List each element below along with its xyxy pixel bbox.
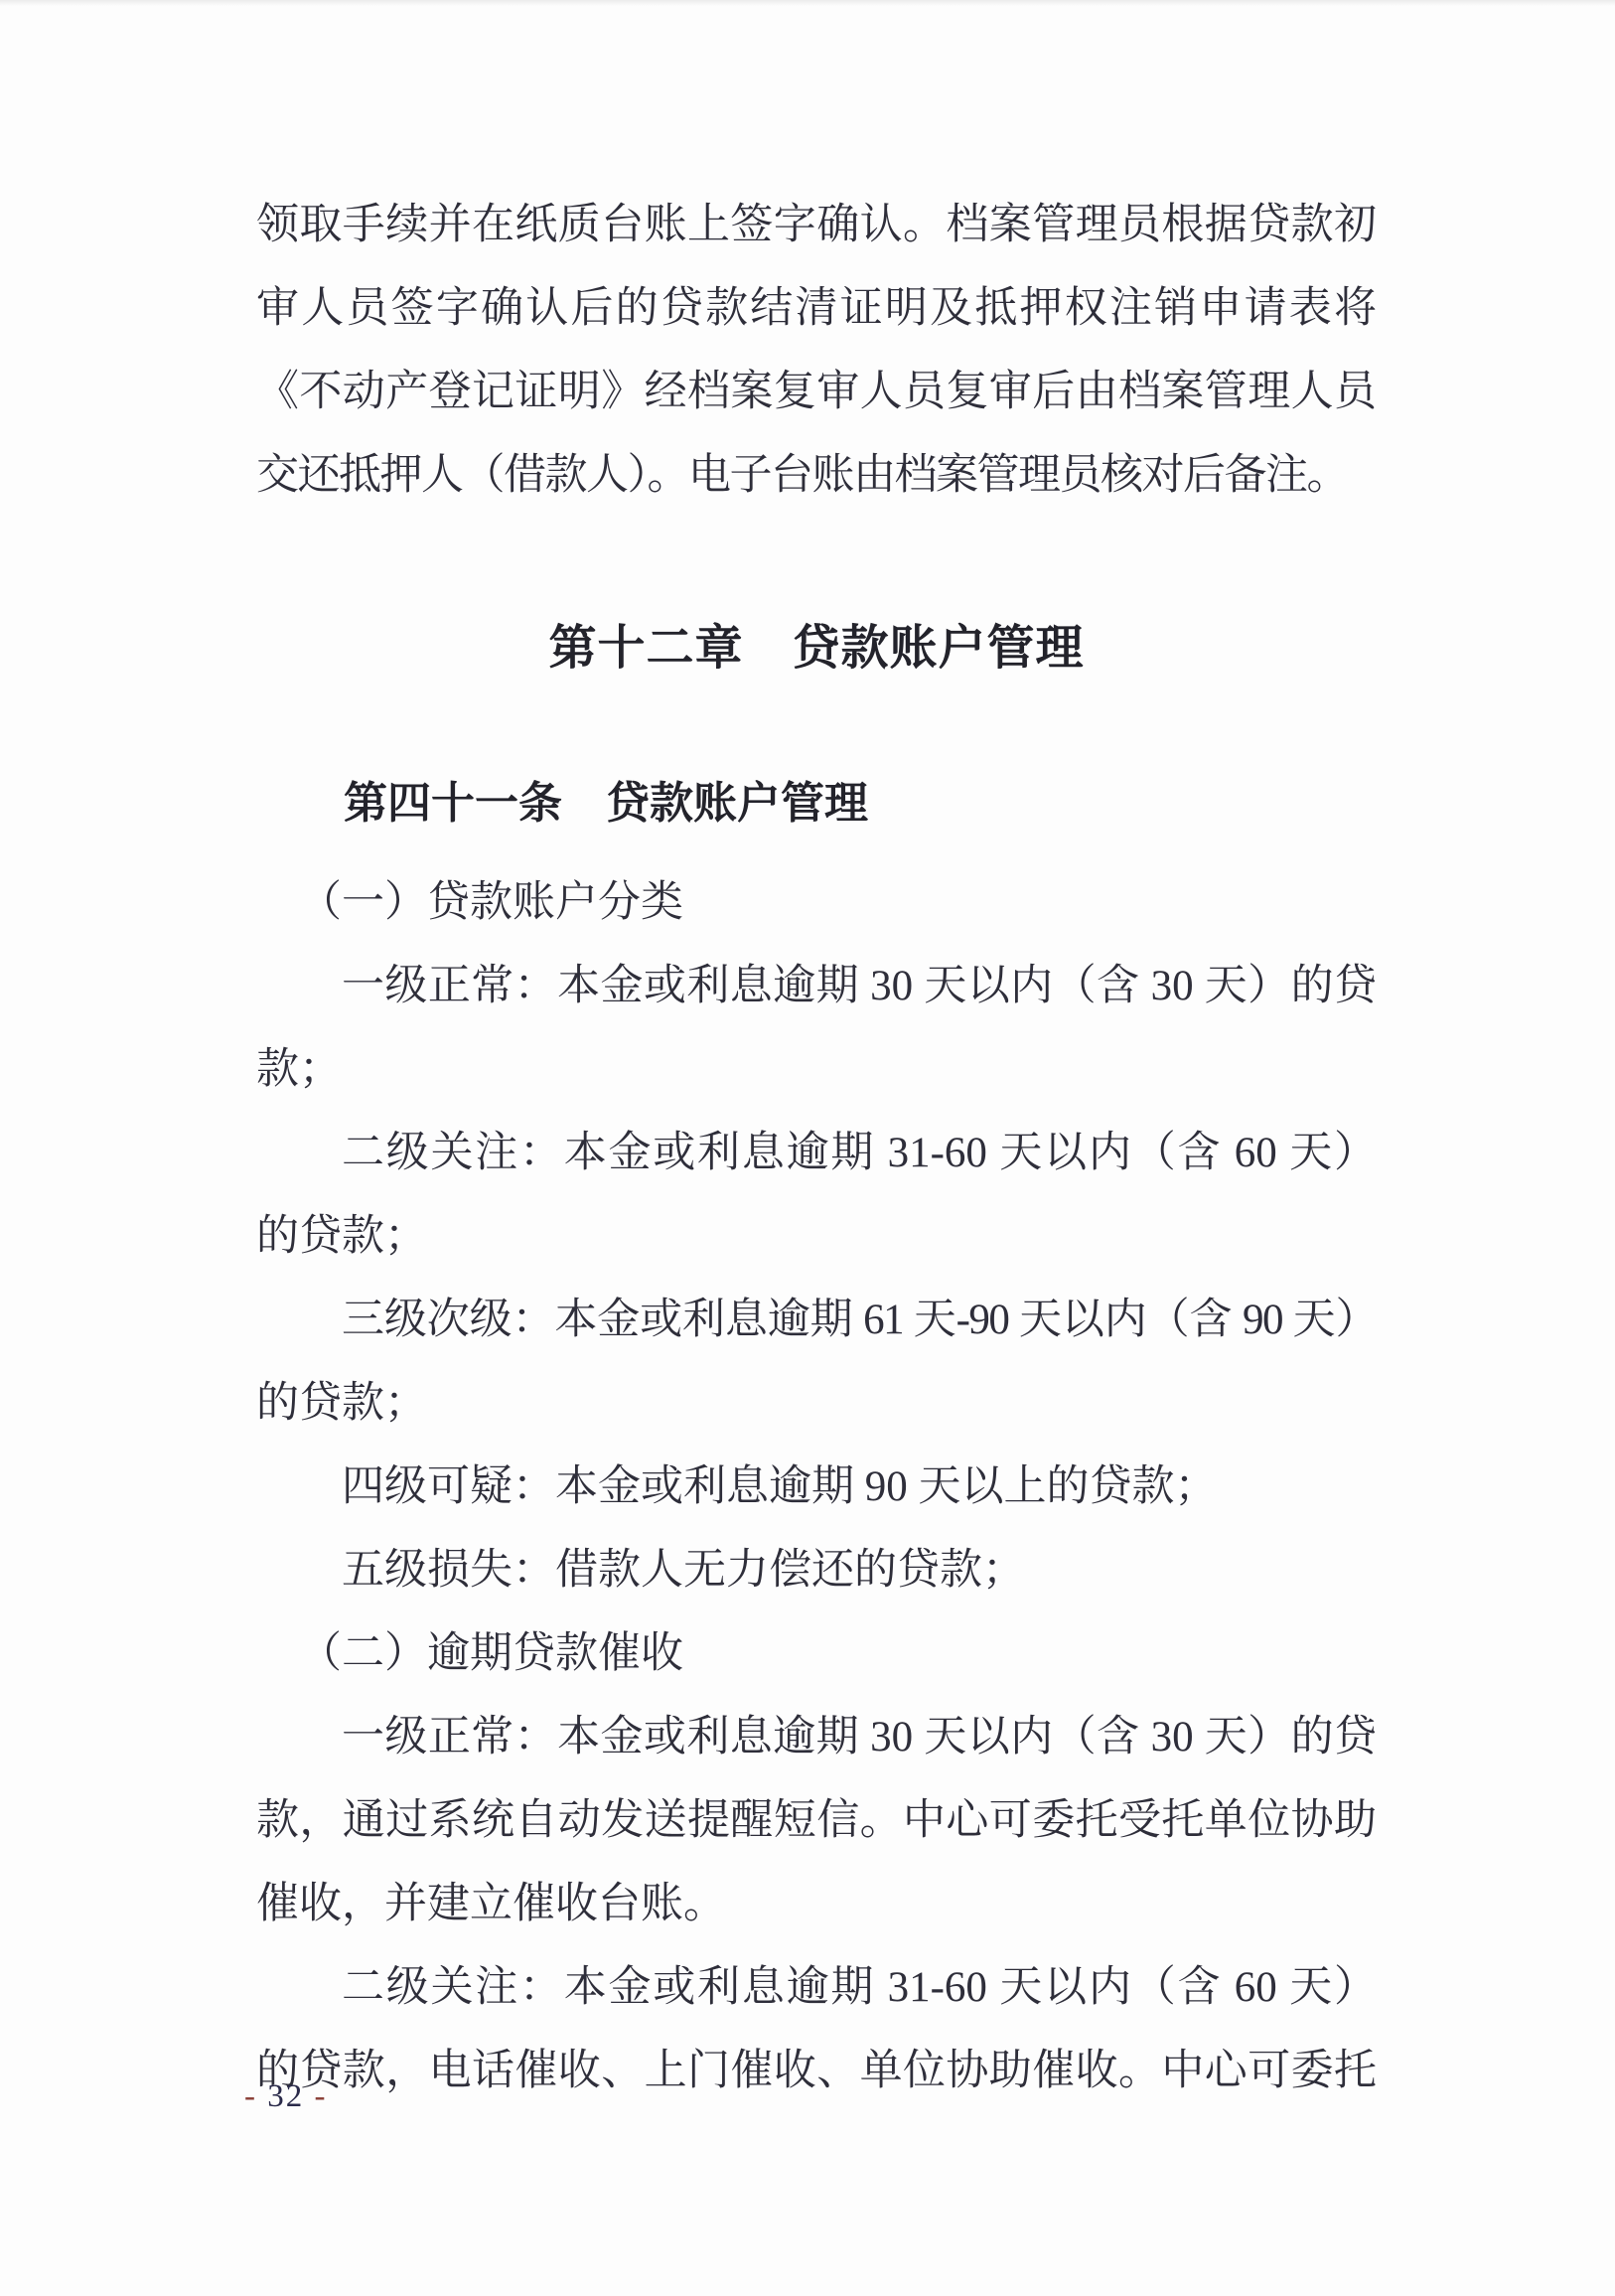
chapter-heading: 第十二章 贷款账户管理 bbox=[256, 607, 1377, 690]
body-line: 款； bbox=[256, 1028, 1377, 1112]
body-line: 款，通过系统自动发送提醒短信。中心可委托受托单位协助 bbox=[256, 1779, 1377, 1863]
document-page: 领取手续并在纸质台账上签字确认。档案管理员根据贷款初 审人员签字确认后的贷款结清… bbox=[0, 0, 1615, 2296]
page-number-dash: - bbox=[244, 2078, 257, 2114]
page-number: - 32 - bbox=[244, 2078, 328, 2115]
scan-shadow-artifact bbox=[0, 0, 1615, 6]
body-line: 催收，并建立催收台账。 bbox=[256, 1863, 1377, 1946]
body-line: 二级关注：本金或利息逾期 31-60 天以内（含 60 天） bbox=[256, 1946, 1377, 2030]
body-line: 一级正常：本金或利息逾期 30 天以内（含 30 天）的贷 bbox=[256, 1696, 1377, 1779]
body-line: 三级次级：本金或利息逾期 61 天-90 天以内（含 90 天） bbox=[256, 1279, 1377, 1362]
body-line: 的贷款，电话催收、上门催收、单位协助催收。中心可委托 bbox=[256, 2030, 1377, 2113]
body-line-item-label: （二）逾期贷款催收 bbox=[256, 1612, 1377, 1696]
body-line-item-label: （一）贷款账户分类 bbox=[256, 861, 1377, 945]
text-block: 领取手续并在纸质台账上签字确认。档案管理员根据贷款初 审人员签字确认后的贷款结清… bbox=[256, 184, 1377, 2113]
body-line: 一级正常：本金或利息逾期 30 天以内（含 30 天）的贷 bbox=[256, 945, 1377, 1028]
section-heading: 第四十一条 贷款账户管理 bbox=[256, 762, 1377, 845]
paragraph-line: 审人员签字确认后的贷款结清证明及抵押权注销申请表将 bbox=[256, 267, 1377, 351]
paragraph-line: 领取手续并在纸质台账上签字确认。档案管理员根据贷款初 bbox=[256, 184, 1377, 267]
paragraph-line: 《不动产登记证明》经档案复审人员复审后由档案管理人员 bbox=[256, 351, 1377, 434]
paragraph-line: 交还抵押人（借款人）。电子台账由档案管理员核对后备注。 bbox=[256, 434, 1377, 518]
body-line: 的贷款； bbox=[256, 1195, 1377, 1279]
body-line: 二级关注：本金或利息逾期 31-60 天以内（含 60 天） bbox=[256, 1112, 1377, 1195]
body-line: 五级损失：借款人无力偿还的贷款； bbox=[256, 1529, 1377, 1612]
page-number-value: 32 bbox=[267, 2078, 304, 2114]
body-line: 四级可疑：本金或利息逾期 90 天以上的贷款； bbox=[256, 1446, 1377, 1529]
page-number-dash: - bbox=[315, 2078, 328, 2114]
body-line: 的贷款； bbox=[256, 1362, 1377, 1446]
